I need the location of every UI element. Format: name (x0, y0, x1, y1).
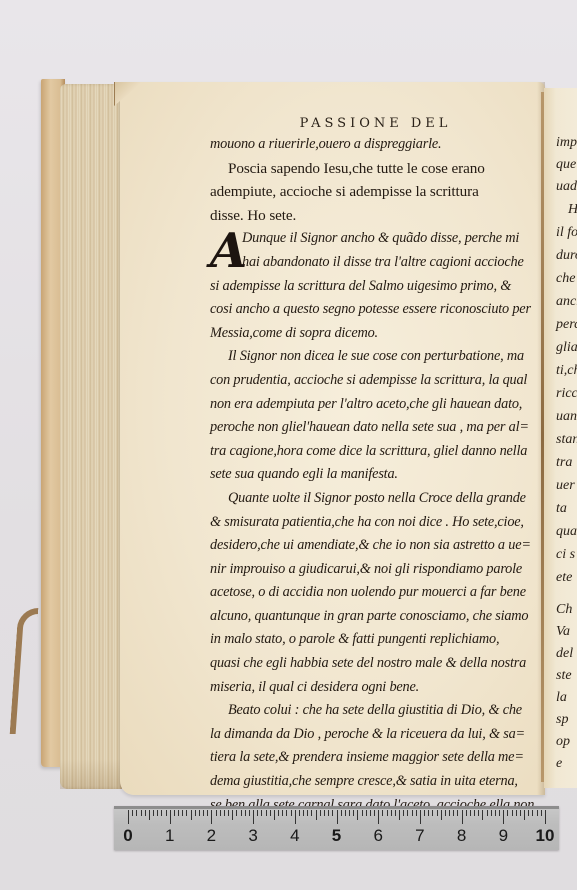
ruler-tick (261, 810, 262, 816)
drop-cap: A (210, 229, 247, 273)
right-page-line-fragment: del (556, 646, 573, 662)
ruler-tick (220, 810, 221, 816)
ruler-tick (324, 810, 325, 816)
ruler-label: 3 (248, 826, 257, 846)
right-page-line-fragment: il fon (556, 225, 577, 241)
ruler-tick (328, 810, 329, 816)
ruler-tick (370, 810, 371, 816)
right-page-line-fragment: stan (556, 432, 577, 448)
ruler-tick (524, 810, 525, 820)
ruler-tick (195, 810, 196, 816)
ruler-label: 1 (165, 826, 174, 846)
running-head: PASSIONE DEL (216, 116, 535, 131)
ruler-tick (282, 810, 283, 816)
ruler-tick (432, 810, 433, 816)
ruler-tick (307, 810, 308, 816)
line-text: acetose, o di accidia non uolendo pur mo… (210, 584, 526, 600)
line-text: hai abandonato il disse tra l'altre cagi… (242, 254, 524, 270)
ruler-tick (211, 810, 212, 824)
ruler-tick (241, 810, 242, 816)
right-page-slice: impoqueluadaHil fonduroche janchpercglia… (544, 88, 577, 788)
text-line: Messia,come di sopra dicemo. (210, 322, 535, 346)
ruler-tick (236, 810, 237, 816)
line-text: Dunque il Signor ancho & quãdo disse, pe… (242, 230, 519, 246)
line-text: Beato colui : che ha sete della giustiti… (228, 702, 522, 718)
ruler-tick (141, 810, 142, 816)
book-gutter (541, 92, 544, 782)
ruler-tick (416, 810, 417, 816)
text-line: desidero,che ui amendiate,& che io non s… (210, 534, 535, 558)
line-text: cosi ancho a questo segno potesse essere… (210, 301, 531, 317)
ruler-tick (420, 810, 421, 824)
right-page-line-fragment: Va (556, 624, 570, 640)
ruler-tick (311, 810, 312, 816)
ruler-tick (224, 810, 225, 816)
text-line: quasi che egli habbia sete del nostro ma… (210, 652, 535, 676)
ruler-tick (507, 810, 508, 816)
right-page-line-fragment: uan (556, 409, 577, 425)
line-text: sete sua quando egli la manifesta. (210, 466, 398, 482)
ruler-tick (382, 810, 383, 816)
ruler-tick (537, 810, 538, 816)
ruler-tick (478, 810, 479, 816)
ruler-tick (362, 810, 363, 816)
ruler-label: 10 (536, 826, 555, 846)
ruler-tick (228, 810, 229, 816)
ruler-tick (257, 810, 258, 816)
ruler-tick (399, 810, 400, 820)
ruler-tick (520, 810, 521, 816)
ruler-tick (170, 810, 171, 824)
ruler-tick (428, 810, 429, 816)
right-page-line-fragment: ete (556, 570, 572, 586)
ruler-tick (286, 810, 287, 816)
ruler-tick (182, 810, 183, 816)
ruler-tick (495, 810, 496, 816)
text-line: nir improuiso a giudicarui,& noi gli ris… (210, 558, 535, 582)
text-line: mouono a riuerirle,ouero a dispreggiarle… (210, 133, 535, 157)
ruler-tick (157, 810, 158, 816)
ruler-tick (387, 810, 388, 816)
line-text: alcuno, quantunque in gran parte conosci… (210, 608, 528, 624)
ruler-tick (295, 810, 296, 824)
line-text: tiera la sete,& prendera insieme maggior… (210, 749, 524, 765)
right-page-line-fragment: ti,ch (556, 363, 577, 379)
ruler-tick (186, 810, 187, 816)
ruler-tick (303, 810, 304, 816)
ruler-tick (253, 810, 254, 824)
ruler-tick (174, 810, 175, 816)
text-line: alcuno, quantunque in gran parte conosci… (210, 605, 535, 629)
ruler-tick (391, 810, 392, 816)
ruler-tick (149, 810, 150, 820)
ruler-label: 5 (332, 826, 341, 846)
right-page-line-fragment: ta (556, 501, 567, 517)
text-line: cosi ancho a questo segno potesse essere… (210, 298, 535, 322)
left-page-text: PASSIONE DEL mouono a riuerirle,ouero a … (210, 116, 535, 817)
ruler-tick (337, 810, 338, 824)
line-text: tra cagione,hora come dice la scrittura,… (210, 443, 527, 459)
text-line: acetose, o di accidia non uolendo pur mo… (210, 581, 535, 605)
ruler-tick (245, 810, 246, 816)
ruler-tick (470, 810, 471, 816)
text-line: la dimanda da Dio , peroche & la riceuer… (210, 723, 535, 747)
ruler-tick (499, 810, 500, 816)
ruler-tick (199, 810, 200, 816)
ruler-tick (207, 810, 208, 816)
text-line: Il Signor non dicea le sue cose con pert… (210, 345, 535, 369)
line-text: peroche non gliel'hauean dato nella sete… (210, 419, 529, 435)
ruler-tick (462, 810, 463, 824)
ruler-tick (316, 810, 317, 820)
ruler-tick (516, 810, 517, 816)
text-line: tra cagione,hora come dice la scrittura,… (210, 440, 535, 464)
ruler-tick (466, 810, 467, 816)
line-text: miseria, il qual ci desidera ogni bene. (210, 679, 419, 695)
right-page-line-fragment: anch (556, 294, 577, 310)
ruler-tick (407, 810, 408, 816)
text-line: ADunque il Signor ancho & quãdo disse, p… (210, 227, 535, 251)
ruler-tick (274, 810, 275, 820)
ruler-tick (191, 810, 192, 820)
line-text: Messia,come di sopra dicemo. (210, 325, 378, 341)
line-text: & smisurata patientia,che ha con noi dic… (210, 514, 524, 530)
right-page-line-fragment: quel (556, 157, 577, 173)
ruler-tick (145, 810, 146, 816)
ruler-tick (412, 810, 413, 816)
line-text: con prudentia, accioche si adempisse la … (210, 372, 527, 388)
text-line: sete sua quando egli la manifesta. (210, 463, 535, 487)
ruler-tick (528, 810, 529, 816)
ruler-tick (203, 810, 204, 816)
right-page-line-fragment: impo (556, 135, 577, 151)
text-line: Quante uolte il Signor posto nella Croce… (210, 487, 535, 511)
ruler-tick (341, 810, 342, 816)
ruler-tick (136, 810, 137, 816)
ruler-tick (166, 810, 167, 816)
ruler-tick (353, 810, 354, 816)
ruler-top-edge (114, 806, 559, 809)
text-line: con prudentia, accioche si adempisse la … (210, 369, 535, 393)
ruler-tick (424, 810, 425, 816)
ruler-tick (270, 810, 271, 816)
ruler-tick (366, 810, 367, 816)
ruler-label: 9 (499, 826, 508, 846)
ruler-tick (449, 810, 450, 816)
line-text: Quante uolte il Signor posto nella Croce… (228, 490, 526, 506)
ruler-tick (487, 810, 488, 816)
text-line: & smisurata patientia,che ha con noi dic… (210, 511, 535, 535)
ruler-tick (378, 810, 379, 824)
ruler-tick (474, 810, 475, 816)
text-line: non era adempiuta per l'altro aceto,che … (210, 393, 535, 417)
right-page-line-fragment: ci s (556, 547, 575, 563)
ruler-label: 7 (415, 826, 424, 846)
right-page-line-fragment: la (556, 690, 567, 706)
ruler-tick (453, 810, 454, 816)
ruler-tick (178, 810, 179, 816)
ruler-tick (291, 810, 292, 816)
text-line: peroche non gliel'hauean dato nella sete… (210, 416, 535, 440)
text-line: miseria, il qual ci desidera ogni bene. (210, 676, 535, 700)
right-page-line-fragment: ste (556, 668, 572, 684)
ruler-tick (545, 810, 546, 824)
ruler-label: 6 (373, 826, 382, 846)
ruler-label: 2 (207, 826, 216, 846)
ruler-tick (320, 810, 321, 816)
text-line: adempiute, accioche si adempisse la scri… (210, 180, 535, 204)
ruler-tick (266, 810, 267, 816)
ruler-tick (216, 810, 217, 816)
right-page-line-fragment: uer (556, 478, 575, 494)
line-text: disse. Ho sete. (210, 207, 296, 224)
right-page-line-fragment: Ch (556, 602, 572, 618)
text-line: in malo stato, o parole & fatti pungenti… (210, 628, 535, 652)
line-text: nir improuiso a giudicarui,& noi gli ris… (210, 561, 522, 577)
text-line: disse. Ho sete. (210, 204, 535, 228)
right-page-line-fragment: duro (556, 248, 577, 264)
line-text: la dimanda da Dio , peroche & la riceuer… (210, 726, 525, 742)
text-line: Beato colui : che ha sete della giustiti… (210, 699, 535, 723)
ruler-tick (374, 810, 375, 816)
ruler-tick (441, 810, 442, 820)
right-page-line-fragment: e (556, 756, 562, 772)
line-text: dema giustitia,che sempre cresce,& satia… (210, 773, 518, 789)
ruler-tick (491, 810, 492, 816)
ruler-tick (503, 810, 504, 824)
page-stack-edges (60, 84, 122, 789)
line-text: quasi che egli habbia sete del nostro ma… (210, 655, 526, 671)
ruler-tick (541, 810, 542, 816)
right-page-line-fragment: uada (556, 179, 577, 195)
right-page-line-fragment: qua (556, 524, 577, 540)
line-text: Il Signor non dicea le sue cose con pert… (228, 348, 524, 364)
line-text: desidero,che ui amendiate,& che io non s… (210, 537, 531, 553)
ruler-tick (299, 810, 300, 816)
line-text: non era adempiuta per l'altro aceto,che … (210, 396, 522, 412)
measurement-ruler: 012345678910 (114, 806, 559, 850)
right-page-line-fragment: perc (556, 317, 577, 333)
ruler-tick (512, 810, 513, 816)
ruler-tick (278, 810, 279, 816)
ruler-tick (161, 810, 162, 816)
ruler-tick (403, 810, 404, 816)
ruler-tick (349, 810, 350, 816)
right-page-line-fragment: tra (556, 455, 572, 471)
ruler-tick (532, 810, 533, 816)
right-page-line-fragment: glia (556, 340, 577, 356)
text-line: tiera la sete,& prendera insieme maggior… (210, 746, 535, 770)
ruler-tick (437, 810, 438, 816)
text-line: Poscia sapendo Iesu,che tutte le cose er… (210, 157, 535, 181)
text-line: dema giustitia,che sempre cresce,& satia… (210, 770, 535, 794)
ruler-tick (395, 810, 396, 816)
text-line: si adempisse la scrittura del Salmo uige… (210, 275, 535, 299)
text-line: hai abandonato il disse tra l'altre cagi… (210, 251, 535, 275)
ruler-tick (332, 810, 333, 816)
text-lines: mouono a riuerirle,ouero a dispreggiarle… (210, 133, 535, 817)
ruler-tick (132, 810, 133, 816)
ruler-label: 4 (290, 826, 299, 846)
line-text: in malo stato, o parole & fatti pungenti… (210, 631, 499, 647)
right-page-line-fragment: H (568, 202, 577, 218)
right-page-line-fragment: op (556, 734, 570, 750)
right-page-line-fragment: sp (556, 712, 568, 728)
line-text: Poscia sapendo Iesu,che tutte le cose er… (228, 160, 485, 177)
right-page-line-fragment: che j (556, 271, 577, 287)
ruler-tick (128, 810, 129, 824)
line-text: mouono a riuerirle,ouero a dispreggiarle… (210, 136, 441, 152)
ruler-tick (345, 810, 346, 816)
ruler-tick (445, 810, 446, 816)
ruler-tick (457, 810, 458, 816)
right-page-line-fragment: ricc (556, 386, 577, 402)
ruler-tick (153, 810, 154, 816)
ruler-tick (249, 810, 250, 816)
ruler-label: 8 (457, 826, 466, 846)
ruler-label: 0 (123, 826, 132, 846)
line-text: si adempisse la scrittura del Salmo uige… (210, 278, 511, 294)
ruler-tick (357, 810, 358, 820)
line-text: adempiute, accioche si adempisse la scri… (210, 183, 479, 200)
ruler-tick (232, 810, 233, 820)
ruler-tick (482, 810, 483, 820)
